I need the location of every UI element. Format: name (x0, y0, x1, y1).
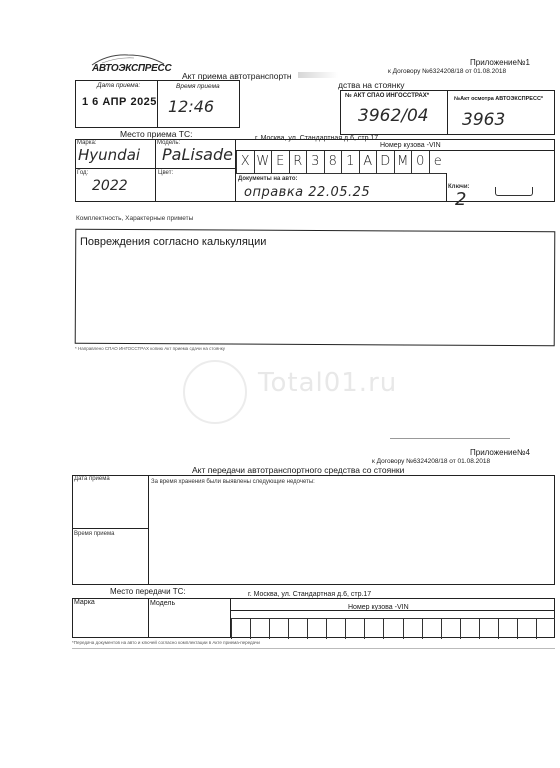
act4-main-box (72, 475, 555, 585)
vin-empty-cell (460, 619, 479, 639)
vin-empty-cell (269, 619, 288, 639)
act-ingos-label: № АКТ СПАО ИНГОССТРАХ* (345, 93, 429, 99)
vin-cells: XWER381ADM0e (236, 151, 446, 174)
vin-char-cell: W (254, 151, 272, 173)
autoexpress-logo: АВТОЭКСПРЕСС (88, 52, 168, 76)
vin-char-cell: D (376, 151, 394, 173)
vin-empty-cell (383, 619, 402, 639)
act4-date-label: Дата приема (74, 476, 110, 482)
vin-empty-cell (288, 619, 307, 639)
vin-empty-cell (307, 619, 326, 639)
act4-footnote: *Передача документов на авто и ключей со… (72, 640, 260, 645)
act4-time-label: Время приема (74, 531, 114, 537)
vin-empty-cell (422, 619, 441, 639)
vin-empty-cell (326, 619, 345, 639)
keys-bracket (495, 187, 533, 196)
vin-label: Номер кузова -VIN (380, 142, 441, 149)
features-value: Повреждения согласно калькуляции (80, 236, 266, 248)
brand-value: Hyundai (78, 146, 140, 164)
act1-title-right: дства на стоянку (338, 80, 405, 90)
model-value: PaLisade (162, 145, 233, 164)
date-value: 1 6 АПР 2025 (82, 96, 157, 108)
time-value: 12:46 (168, 97, 214, 116)
contract-4-label: к Договору №6324208/18 от 01.08.2018 (372, 458, 490, 465)
features-label: Комплектность, Характерные приметы (76, 215, 193, 222)
year-label: Год: (77, 170, 88, 176)
act4-brand-label: Марка (74, 599, 95, 606)
act-autoexpress-label: №Акт осмотра АВТОЭКСПРЕСС* (454, 96, 543, 102)
act4-title: Акт передачи автотранспортного средства … (192, 465, 404, 475)
vin-empty-cell (345, 619, 364, 639)
vin-char-cell: M (394, 151, 412, 173)
vin-empty-cell (536, 619, 555, 639)
vin-char-cell: A (359, 151, 377, 173)
vin-empty-cell (441, 619, 460, 639)
vin-char-cell: 8 (324, 151, 342, 173)
place-label: Место приема ТС: (120, 129, 192, 139)
appendix-4-label: Приложение№4 (470, 448, 530, 457)
act1-footnote: * Направлено СПАО ИНГОССТРАХ копию Акт п… (75, 346, 225, 351)
vin-empty-cell (364, 619, 383, 639)
defects-label: За время хранения были выявлены следующи… (151, 479, 315, 485)
keys-value: 2 (455, 189, 466, 210)
vin-empty-cell (517, 619, 536, 639)
act-ingos-value: 3962/04 (358, 106, 429, 126)
vin-char-cell: 1 (341, 151, 359, 173)
vin-empty-cell (498, 619, 517, 639)
document-page: Приложение№1 к Договору №6324208/18 от 0… (0, 0, 560, 768)
vin-char-cell: R (289, 151, 307, 173)
act4-place-label: Место передачи ТС: (110, 587, 186, 596)
act-autoexpress-value: 3963 (462, 110, 505, 130)
vin-char-cell: e (429, 151, 447, 173)
color-label: Цвет: (158, 170, 173, 176)
year-value: 2022 (92, 178, 128, 194)
act4-vin-label: Номер кузова -VIN (348, 604, 409, 611)
vin-empty-cell (479, 619, 498, 639)
act4-vin-cells (231, 618, 555, 639)
vin-char-cell: X (236, 151, 254, 173)
vin-char-cell: 0 (411, 151, 429, 173)
watermark-logo-icon (183, 360, 247, 424)
vin-empty-cell (231, 619, 250, 639)
watermark-text: Total01.ru (258, 368, 397, 398)
docs-label: Документы на авто: (238, 176, 298, 182)
vin-char-cell: 3 (306, 151, 324, 173)
docs-value: оправка 22.05.25 (244, 185, 370, 200)
contract-1-label: к Договору №6324208/18 от 01.08.2018 (388, 68, 506, 75)
act4-model-label: Модель (150, 600, 175, 607)
vin-empty-cell (403, 619, 422, 639)
vin-empty-cell (250, 619, 269, 639)
appendix-1-label: Приложение№1 (470, 58, 530, 67)
vin-char-cell: E (271, 151, 289, 173)
date-label: Дата приема: (97, 82, 140, 89)
act4-place-value: г. Москва, ул. Стандартная д.6, стр.17 (248, 591, 371, 598)
time-label: Время приема (176, 83, 220, 90)
